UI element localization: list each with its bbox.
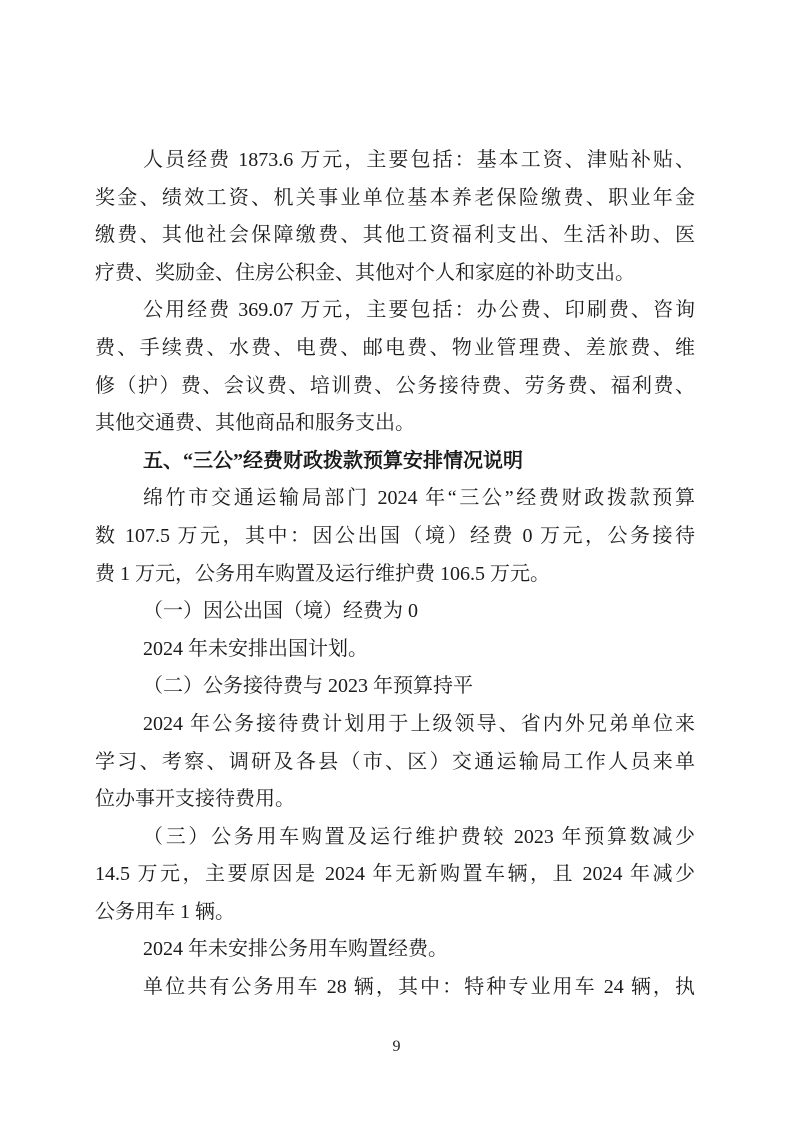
paragraph-reception-detail: 2024 年公务接待费计划用于上级领导、省内外兄弟单位来 学习、考察、调研及各县… xyxy=(95,706,695,819)
text-line: 绵竹市交通运输局部门 2024 年“三公”经费财政拨款预算 xyxy=(95,480,695,518)
paragraph-budget-total: 绵竹市交通运输局部门 2024 年“三公”经费财政拨款预算 数 107.5 万元… xyxy=(95,480,695,593)
document-body: 人员经费 1873.6 万元，主要包括：基本工资、津贴补贴、 奖金、绩效工资、机… xyxy=(95,142,695,1007)
page-number: 9 xyxy=(0,1037,793,1057)
text-line: 学习、考察、调研及各县（市、区）交通运输局工作人员来单 xyxy=(95,744,695,782)
text-line: 奖金、绩效工资、机关事业单位基本养老保险缴费、职业年金 xyxy=(95,180,695,218)
paragraph-personnel-expense: 人员经费 1873.6 万元，主要包括：基本工资、津贴补贴、 奖金、绩效工资、机… xyxy=(95,142,695,292)
paragraph-no-abroad-plan: 2024 年未安排出国计划。 xyxy=(95,631,695,669)
text-line: 其他交通费、其他商品和服务支出。 xyxy=(95,405,695,443)
text-line: 疗费、奖励金、住房公积金、其他对个人和家庭的补助支出。 xyxy=(95,255,695,293)
paragraph-vehicle-expense: （三）公务用车购置及运行维护费较 2023 年预算数减少 14.5 万元，主要原… xyxy=(95,819,695,932)
subheading-reception-expense: （二）公务接待费与 2023 年预算持平 xyxy=(95,668,695,706)
paragraph-no-vehicle-purchase: 2024 年未安排公务用车购置经费。 xyxy=(95,931,695,969)
document-page: 人员经费 1873.6 万元，主要包括：基本工资、津贴补贴、 奖金、绩效工资、机… xyxy=(0,0,793,1122)
text-line: 公用经费 369.07 万元，主要包括：办公费、印刷费、咨询 xyxy=(95,292,695,330)
subheading-abroad-expense: （一）因公出国（境）经费为 0 xyxy=(95,593,695,631)
text-line: 费 1 万元，公务用车购置及运行维护费 106.5 万元。 xyxy=(95,556,695,594)
paragraph-fleet-summary: 单位共有公务用车 28 辆，其中：特种专业用车 24 辆，执 xyxy=(95,969,695,1007)
text-line: 位办事开支接待费用。 xyxy=(95,781,695,819)
text-line: 2024 年公务接待费计划用于上级领导、省内外兄弟单位来 xyxy=(95,706,695,744)
text-line: 数 107.5 万元，其中：因公出国（境）经费 0 万元，公务接待 xyxy=(95,518,695,556)
text-line: 14.5 万元，主要原因是 2024 年无新购置车辆，且 2024 年减少 xyxy=(95,856,695,894)
paragraph-public-expense: 公用经费 369.07 万元，主要包括：办公费、印刷费、咨询 费、手续费、水费、… xyxy=(95,292,695,442)
section-heading-three-public-funds: 五、“三公”经费财政拨款预算安排情况说明 xyxy=(95,443,695,481)
text-line: 缴费、其他社会保障缴费、其他工资福利支出、生活补助、医 xyxy=(95,217,695,255)
text-line: 修（护）费、会议费、培训费、公务接待费、劳务费、福利费、 xyxy=(95,368,695,406)
text-line: 人员经费 1873.6 万元，主要包括：基本工资、津贴补贴、 xyxy=(95,142,695,180)
text-line: 费、手续费、水费、电费、邮电费、物业管理费、差旅费、维 xyxy=(95,330,695,368)
text-line: （三）公务用车购置及运行维护费较 2023 年预算数减少 xyxy=(95,819,695,857)
text-line: 公务用车 1 辆。 xyxy=(95,894,695,932)
